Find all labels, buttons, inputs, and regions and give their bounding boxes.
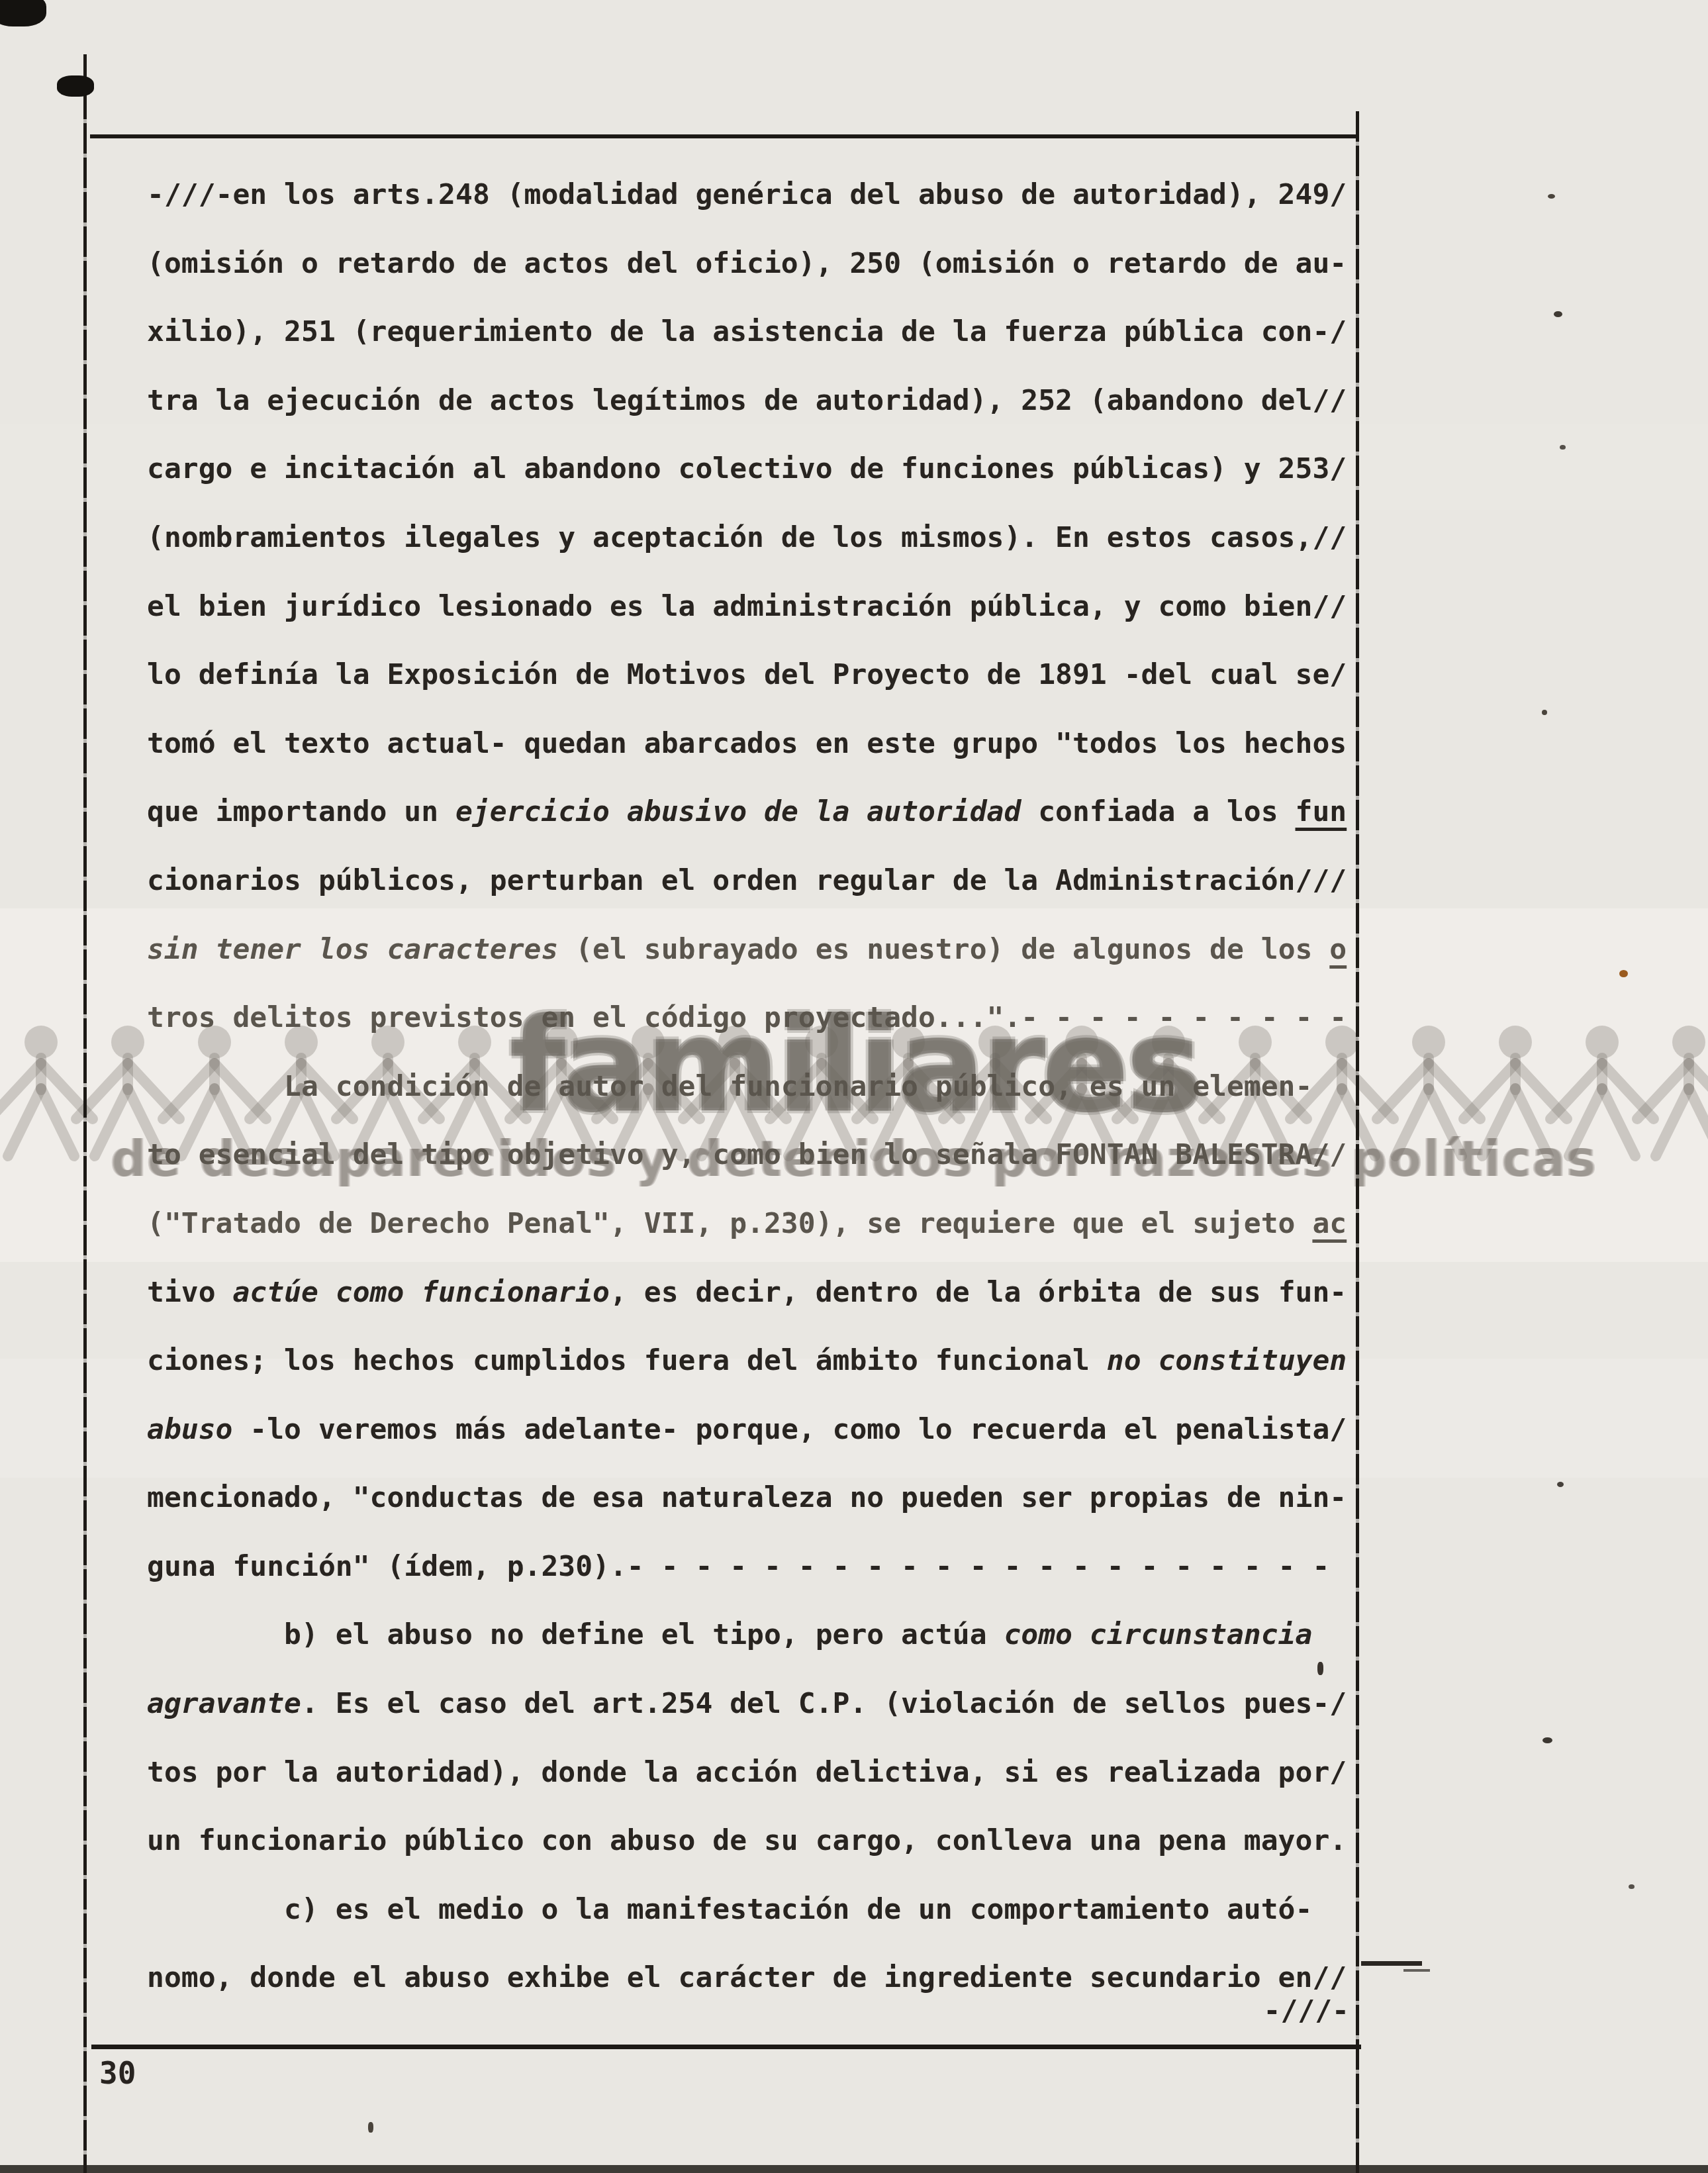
dust-speck (1542, 710, 1547, 715)
continuation-mark: -///- (147, 1994, 1349, 2027)
typed-line: (omisión o retardo de actos del oficio),… (147, 230, 1358, 299)
typed-line: -///-en los arts.248 (modalidad genérica… (147, 161, 1358, 230)
dust-speck (1557, 1482, 1564, 1487)
typed-line: mencionado, "conductas de esa naturaleza… (147, 1464, 1358, 1533)
typed-text-block: -///-en los arts.248 (modalidad genérica… (147, 161, 1358, 2013)
scan-bottom-edge (0, 2165, 1708, 2173)
frame-top-rule (90, 134, 1358, 138)
page-number: 30 (99, 2055, 136, 2091)
dust-speck (1542, 1737, 1552, 1743)
typed-line: ("Tratado de Derecho Penal", VII, p.230)… (147, 1190, 1358, 1259)
typed-line: b) el abuso no define el tipo, pero actú… (147, 1601, 1358, 1670)
scan-edge-blot (57, 75, 94, 97)
typed-line: tra la ejecución de actos legítimos de a… (147, 367, 1358, 436)
dust-speck (1619, 970, 1628, 977)
scan-corner-blot (0, 0, 46, 26)
typed-line: guna función" (ídem, p.230).- - - - - - … (147, 1533, 1358, 1602)
frame-bottom-rule (91, 2045, 1361, 2049)
typed-line: cargo e incitación al abandono colectivo… (147, 435, 1358, 504)
scanned-document-page: familiares de desaparecidos y detenidos … (0, 0, 1708, 2173)
typed-line: tivo actúe como funcionario, es decir, d… (147, 1259, 1358, 1328)
typed-line: un funcionario público con abuso de su c… (147, 1807, 1358, 1876)
typed-line: to esencial del tipo objetivo y, como bi… (147, 1121, 1358, 1190)
frame-left-rule (83, 54, 87, 2173)
typed-line: tomó el texto actual- quedan abarcados e… (147, 710, 1358, 779)
dust-speck (1629, 1884, 1635, 1889)
typed-line: cionarios públicos, perturban el orden r… (147, 847, 1358, 916)
margin-underline-mark (1403, 1969, 1430, 1972)
typed-line: La condición de autor del funcionario pú… (147, 1053, 1358, 1122)
typed-line: que importando un ejercicio abusivo de l… (147, 778, 1358, 847)
typed-line: agravante. Es el caso del art.254 del C.… (147, 1670, 1358, 1739)
typed-line: sin tener los caracteres (el subrayado e… (147, 916, 1358, 985)
pen-tick (1317, 1662, 1323, 1675)
pen-tick (368, 2122, 373, 2133)
typed-line: abuso -lo veremos más adelante- porque, … (147, 1396, 1358, 1465)
typed-line: tros delitos previstos en el código proy… (147, 984, 1358, 1053)
typed-line: ciones; los hechos cumplidos fuera del á… (147, 1327, 1358, 1396)
dust-speck (1548, 194, 1555, 199)
dust-speck (1554, 311, 1562, 317)
dust-speck (1560, 445, 1566, 450)
typed-line: (nombramientos ilegales y aceptación de … (147, 504, 1358, 573)
margin-underline-mark (1361, 1961, 1422, 1966)
typed-line: xilio), 251 (requerimiento de la asisten… (147, 298, 1358, 367)
typed-line: el bien jurídico lesionado es la adminis… (147, 573, 1358, 642)
typed-line: c) es el medio o la manifestación de un … (147, 1876, 1358, 1945)
typed-line: tos por la autoridad), donde la acción d… (147, 1739, 1358, 1808)
typed-line: lo definía la Exposición de Motivos del … (147, 641, 1358, 710)
